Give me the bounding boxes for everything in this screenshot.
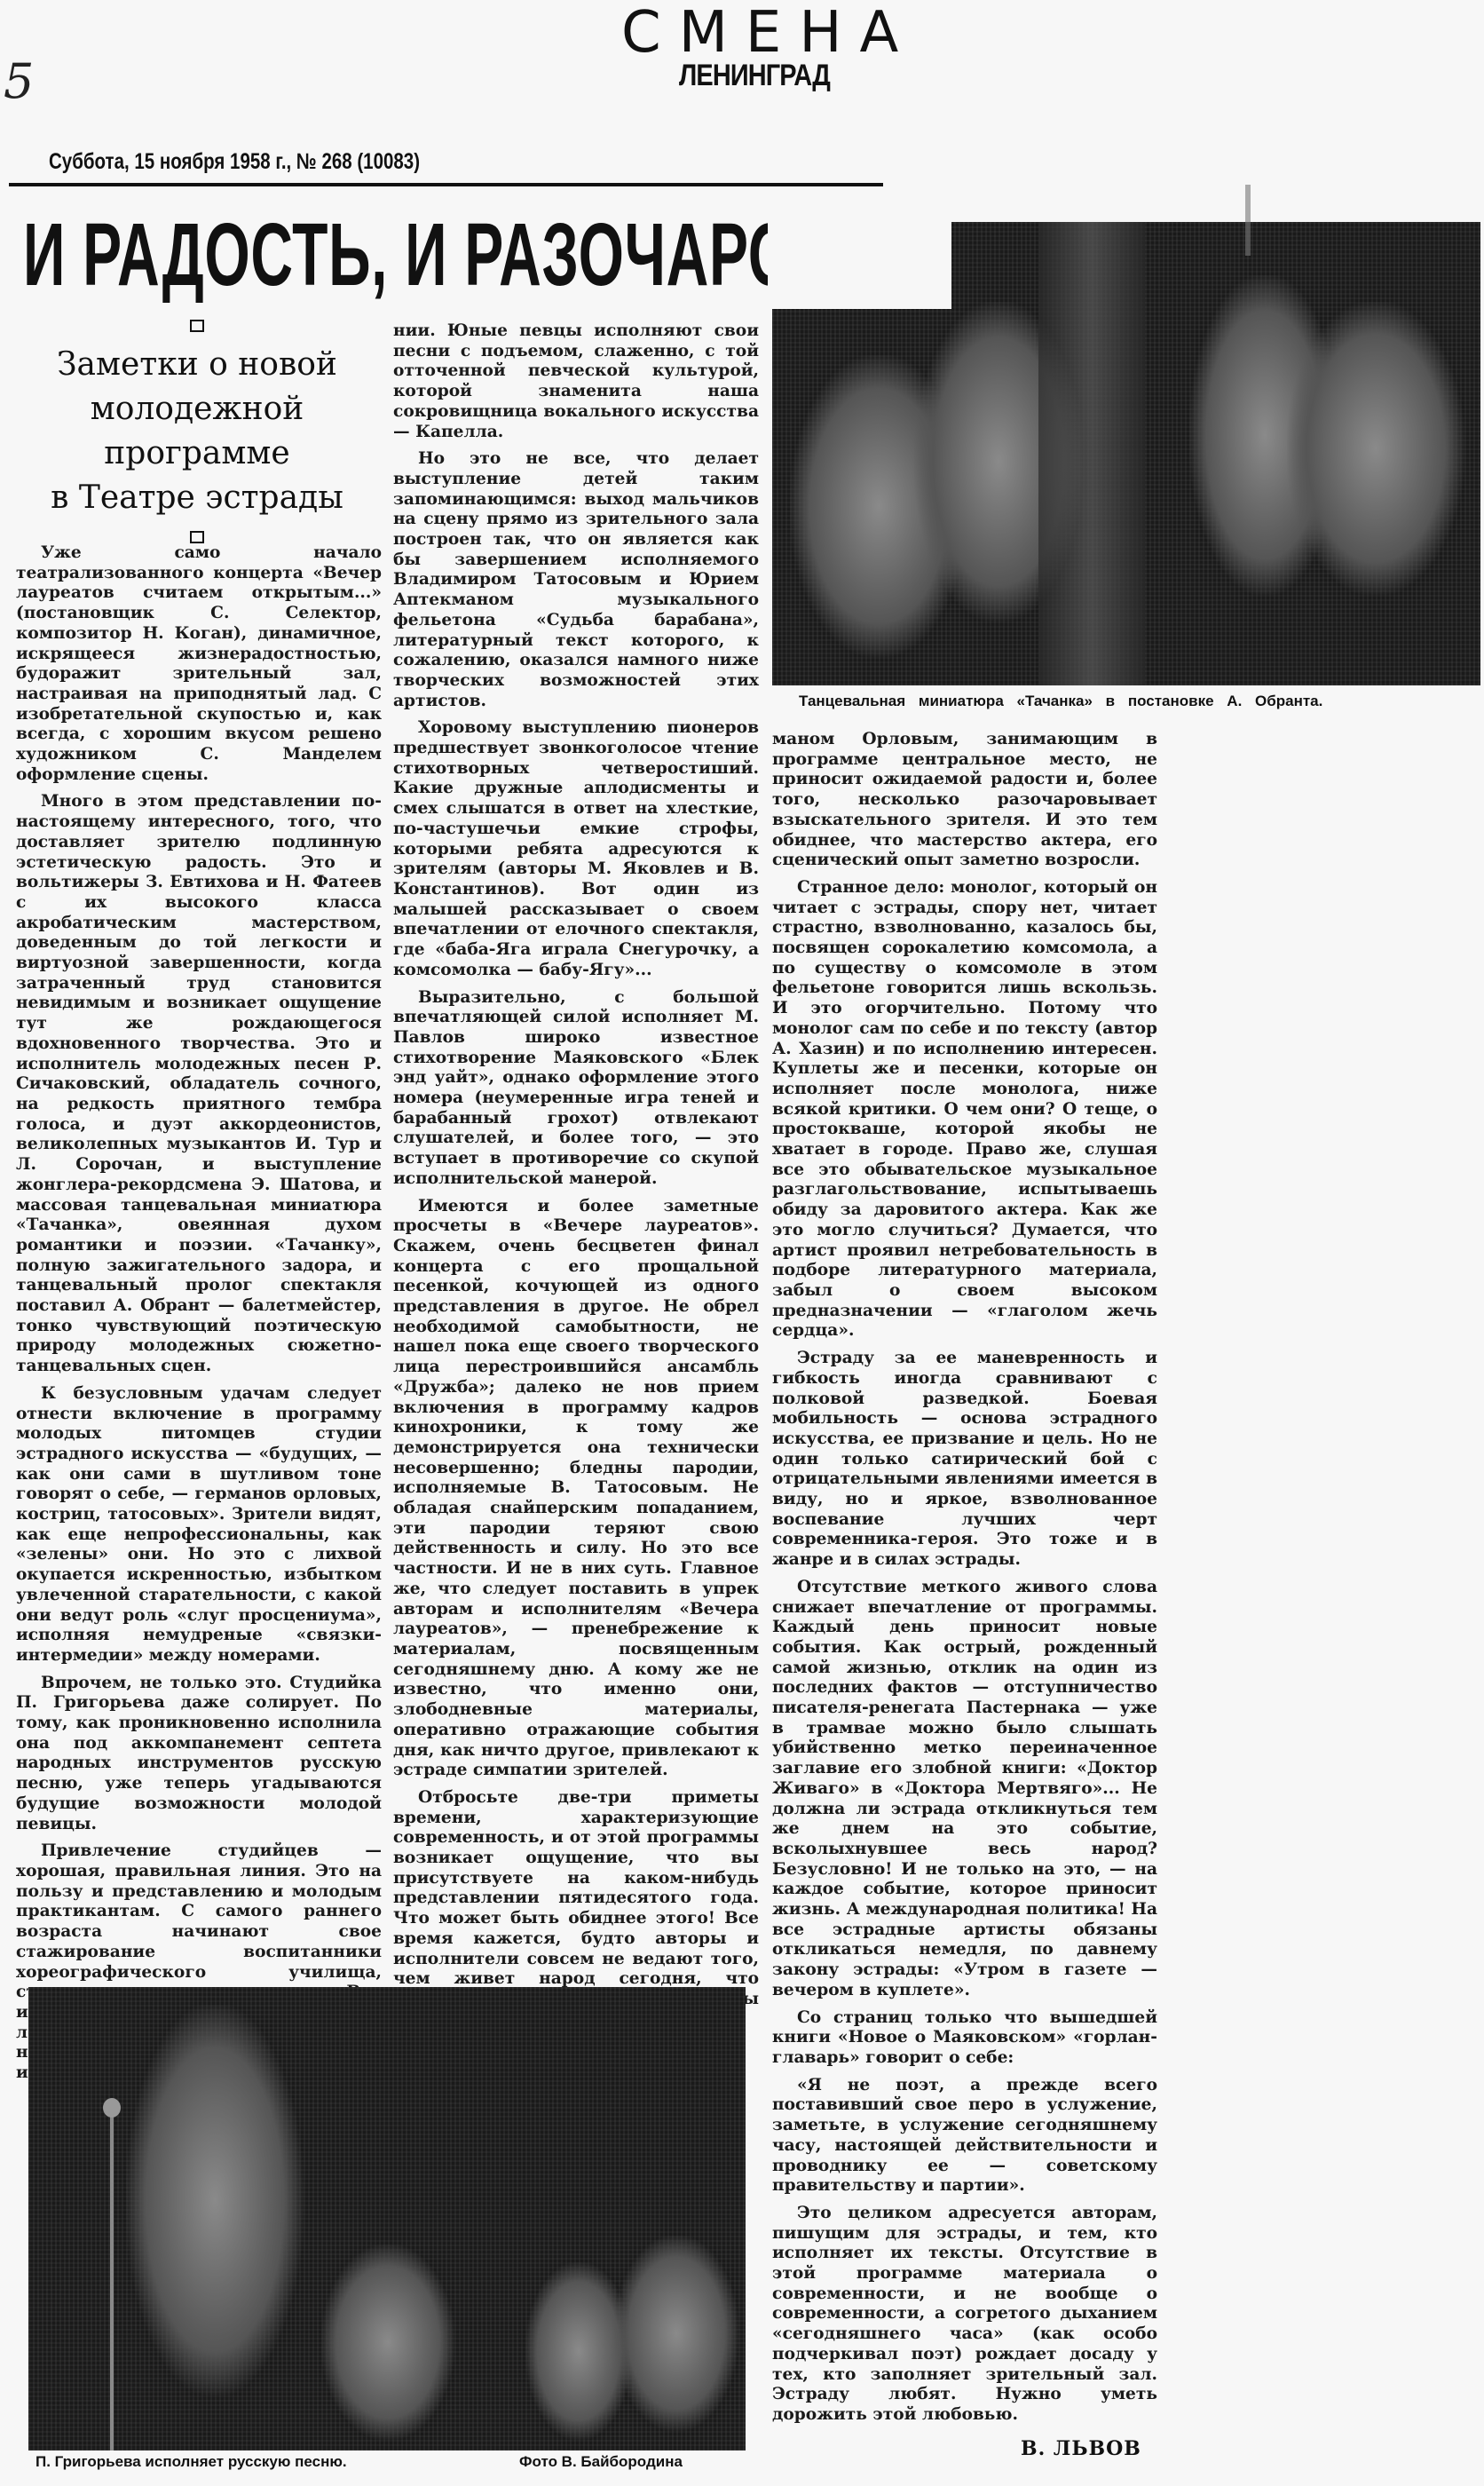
stage-curtain [1038,222,1145,685]
photo-credit: Фото В. Байбородина [519,2453,683,2471]
article-subtitle: Заметки о новой молодежной программе в Т… [11,320,383,543]
newspaper-city: ЛЕНИНГРАД [657,59,853,93]
quote-paragraph: «Я не поэт, а прежде всего поставивший с… [772,2076,1157,2197]
singer-figure [126,2005,304,2395]
issue-dateline: Суббота, 15 ноября 1958 г., № 268 (10083… [49,149,420,175]
paragraph: Странное дело: монолог, который он читае… [772,878,1157,1342]
header-rule-divider [9,183,883,186]
paragraph: Имеются и более заметные просчеты в «Веч… [393,1197,759,1781]
square-ornament-icon [190,320,204,332]
musician-figure [321,2245,454,2440]
paragraph: Много в этом представлении по-настоящему… [16,792,382,1376]
article-column-1: Уже само начало театрализованного концер… [16,543,382,2091]
square-ornament-icon [190,531,204,543]
handwritten-page-mark: 5 [4,53,34,109]
paragraph: Впрочем, не только это. Студийка П. Григ… [16,1674,382,1835]
newspaper-title: СМЕНА [621,2,888,64]
scan-artifact-strip [1245,185,1251,256]
paragraph: Эстраду за ее маневренность и гибкость и… [772,1349,1157,1571]
dancer-figure [1287,302,1464,595]
microphone-stand [110,2111,114,2450]
paragraph: нии. Юные певцы исполняют свои песни с п… [393,321,759,442]
subtitle-line: молодежной программе [11,387,383,476]
photo-singer [28,1987,746,2450]
paragraph: Отсутствие меткого живого слова снижает … [772,1578,1157,2001]
photo-caption-top: Танцевальная миниатюра «Тачанка» в поста… [799,693,1322,710]
photo-caption-bottom: П. Григорьева исполняет русскую песню. [36,2453,347,2471]
article-column-2: нии. Юные певцы исполняют свои песни с п… [393,321,759,2064]
paragraph: К безусловным удачам следует отнести вкл… [16,1384,382,1667]
microphone [103,2098,121,2118]
paragraph: Со страниц только что вышедшей книги «Но… [772,2008,1157,2069]
paragraph: Но это не все, что делает выступление де… [393,449,759,711]
paragraph: маном Орловым, занимающим в программе це… [772,730,1157,871]
paragraph: Выразительно, с большой впечатляющей сил… [393,988,759,1190]
musician-figure [614,2236,738,2431]
paragraph: Хоровому выступлению пионеров предшеству… [393,718,759,980]
author-signature: В. ЛЬВОВ [1021,2437,1141,2460]
subtitle-line: Заметки о новой [11,343,383,387]
article-column-3: маном Орловым, занимающим в программе це… [772,730,1157,2433]
paragraph: Уже само начало театрализованного концер… [16,543,382,785]
photo-notch [768,218,951,309]
paragraph: Это целиком адресуется авторам, пишущим … [772,2204,1157,2426]
subtitle-line: в Театре эстрады [11,476,383,520]
